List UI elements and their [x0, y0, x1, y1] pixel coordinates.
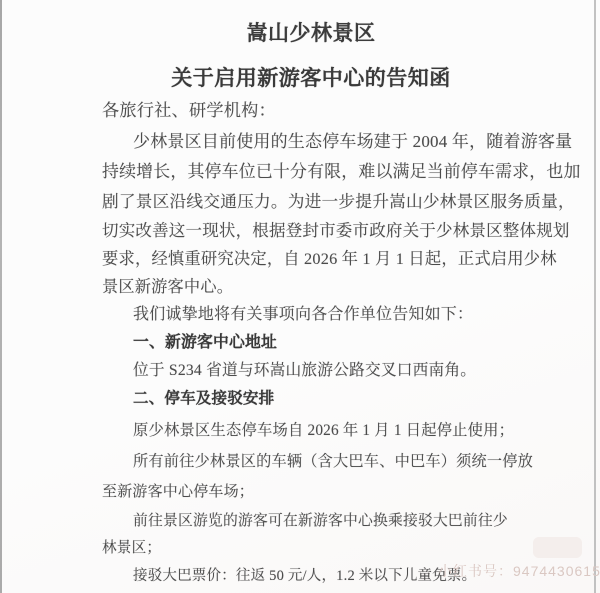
doc-line: 切实改善这一现状，根据登封市委市政府关于少林景区整体规划 — [102, 221, 570, 241]
doc-line: 接驳大巴票价：往返 50 元/人，1.2 米以下儿童免票。 — [133, 566, 476, 586]
doc-line: 我们诚挚地将有关事项向各合作单位告知如下： — [133, 305, 473, 325]
xiaohongshu-logo-watermark — [533, 537, 582, 558]
page-left-edge-line — [0, 0, 2, 593]
section-heading: 二、停车及接驳安排 — [133, 389, 274, 409]
xiaohongshu-id-watermark: 小红书号：94744306150 — [438, 561, 600, 581]
doc-line: 持续增长，其停车位已十分有限，难以满足当前停车需求，也加 — [102, 162, 581, 182]
doc-line: 要求，经慎重研究决定，自 2026 年 1 月 1 日起，正式启用少林 — [102, 249, 557, 269]
document-page: 嵩山少林景区 关于启用新游客中心的告知函 各旅行社、研学机构：少林景区目前使用的… — [0, 0, 600, 593]
doc-line: 至新游客中心停车场； — [102, 482, 254, 502]
doc-line: 原少林景区生态停车场自 2026 年 1 月 1 日起停止使用； — [133, 421, 514, 441]
doc-line: 各旅行社、研学机构： — [102, 101, 276, 121]
doc-line: 所有前往少林景区的车辆（含大巴车、中巴车）须统一停放 — [133, 452, 533, 472]
doc-line: 少林景区目前使用的生态停车场建于 2004 年，随着游客量 — [133, 132, 572, 152]
doc-line: 前往景区游览的游客可在新游客中心换乘接驳大巴前往少 — [133, 511, 508, 531]
doc-line: 剧了景区沿线交通压力。为进一步提升嵩山少林景区服务质量， — [102, 192, 575, 212]
doc-line: 景区新游客中心。 — [102, 277, 233, 297]
document-subtitle: 关于启用新游客中心的告知函 — [11, 62, 600, 92]
doc-line: 位于 S234 省道与环嵩山旅游公路交叉口西南角。 — [133, 361, 476, 381]
doc-line: 林景区； — [102, 538, 161, 558]
section-heading: 一、新游客中心地址 — [133, 333, 277, 353]
document-title: 嵩山少林景区 — [11, 17, 600, 47]
